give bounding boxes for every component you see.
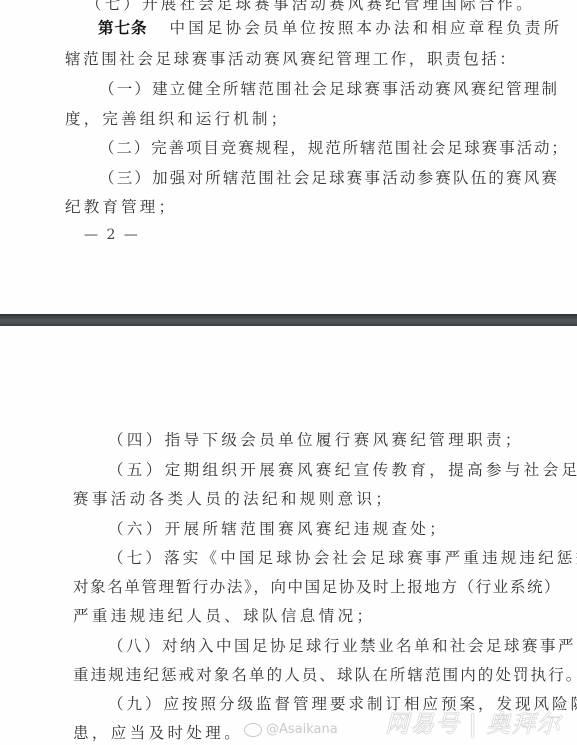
text-line: 中国足协会员单位按照本办法和相应章程负责所 [170, 19, 563, 37]
text-line: 辖范围社会足球赛事活动赛风赛纪管理工作，职责包括： [65, 49, 518, 69]
text-line: 重违规违纪惩戒对象名单的人员、球队在所辖范围内的处罚执行。 [73, 665, 577, 685]
text-line: （七）落实《中国足球协会社会足球赛事严重违规违纪惩戒 [108, 548, 577, 568]
text-line: （五）定期组织开展赛风赛纪宣传教育，提高参与社会足球 [108, 460, 577, 480]
article-line: 第七条中国足协会员单位按照本办法和相应章程负责所 [98, 18, 562, 38]
text-line: （六）开展所辖范围赛风赛纪违规查处； [108, 519, 448, 539]
text-line: （七）开展社会足球赛事活动赛风赛纪管理国际合作。 [86, 0, 535, 14]
document-page-top: （七）开展社会足球赛事活动赛风赛纪管理国际合作。 第七条中国足协会员单位按照本办… [0, 0, 577, 314]
text-line: 度，完善组织和运行机制； [65, 109, 289, 129]
text-line: 赛事活动各类人员的法纪和规则意识； [73, 489, 394, 509]
weibo-icon [244, 723, 262, 737]
text-line: 对象名单管理暂行办法》，向中国足协及时上报地方（行业系统） [73, 577, 561, 597]
document-page-bottom: （四）指导下级会员单位履行赛风赛纪管理职责； （五）定期组织开展赛风赛纪宣传教育… [0, 326, 577, 745]
article-heading: 第七条 [98, 18, 148, 37]
text-line: （一）建立健全所辖范围社会足球赛事活动赛风赛纪管理制 [99, 79, 559, 99]
text-line: 纪教育管理； [65, 197, 177, 217]
text-line: 严重违规违纪人员、球队信息情况； [73, 606, 375, 626]
text-line: 患，应当及时处理。 [73, 723, 243, 743]
text-line: （二）完善项目竞赛规程，规范所辖范围社会足球赛事活动； [99, 138, 569, 158]
weibo-watermark: @Asaikana [244, 722, 338, 737]
text-line: （八）对纳入中国足协足球行业禁业名单和社会足球赛事严 [108, 636, 576, 656]
weibo-handle: @Asaikana [266, 722, 338, 737]
netease-watermark: 网易号 | 奥拜尔 [385, 704, 561, 739]
text-line: （三）加强对所辖范围社会足球赛事活动参赛队伍的赛风赛 [99, 168, 559, 188]
text-line: （四）指导下级会员单位履行赛风赛纪管理职责； [108, 430, 524, 450]
page-separator [0, 314, 577, 326]
page-number: — 2 — [84, 227, 140, 243]
